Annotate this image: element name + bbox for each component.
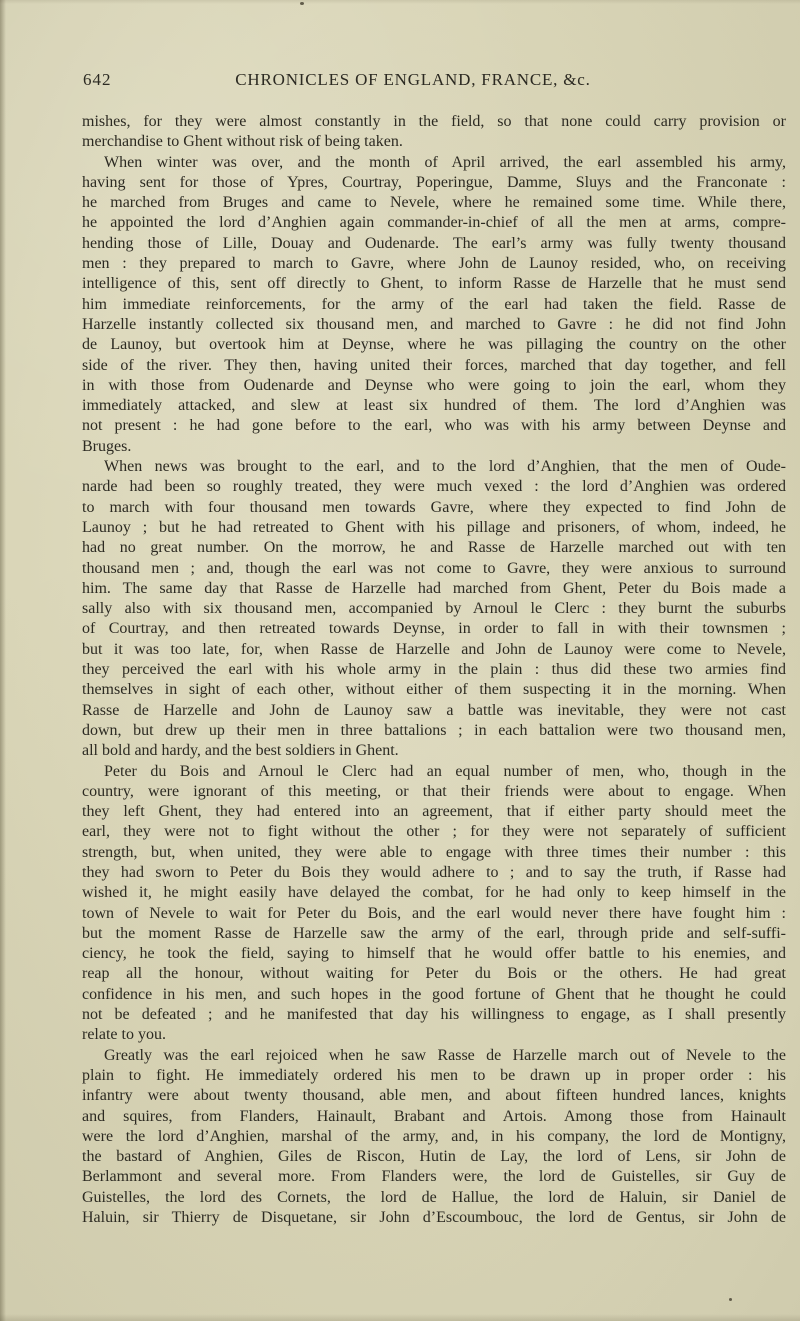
text-line: confidence in his men, and such hopes in… [82,985,786,1005]
text-line: not be defeated ; and he manifested that… [82,1005,786,1025]
text-line: the bastard of Anghien, Giles de Riscon,… [82,1147,786,1167]
text-line: immediately attacked, and slew at least … [82,396,786,416]
text-line: Berlammont and several more. From Flande… [82,1167,786,1187]
text-line: him. The same day that Rasse de Harzelle… [82,579,786,599]
text-line: Peter du Bois and Arnoul le Clerc had an… [82,762,786,782]
text-line: to march with four thousand men towards … [82,498,786,518]
text-line: Launoy ; but he had retreated to Ghent w… [82,518,786,538]
text-line: intelligence of this, sent off directly … [82,274,786,294]
paragraph: Greatly was the earl rejoiced when he sa… [82,1046,786,1229]
text-line: When news was brought to the earl, and t… [82,457,786,477]
text-line: Guistelles, the lord des Cornets, the lo… [82,1188,786,1208]
text-line: were the lord d’Anghien, marshal of the … [82,1127,786,1147]
text-line: narde had been so roughly treated, they … [82,477,786,497]
text-line: Bruges. [82,437,786,457]
text-line: de Launoy, but overtook him at Deynse, w… [82,335,786,355]
text-line: Haluin, sir Thierry de Disquetane, sir J… [82,1208,786,1228]
text-line: they had sworn to Peter du Bois they wou… [82,863,786,883]
book-page: 642 CHRONICLES OF ENGLAND, FRANCE, &c. m… [0,0,800,1321]
text-line: country, were ignorant of this meeting, … [82,782,786,802]
ink-speck [300,2,304,5]
text-line: reap all the honour, without waiting for… [82,964,786,984]
text-line: wished it, he might easily have delayed … [82,883,786,903]
text-line: in with those from Oudenarde and Deynse … [82,376,786,396]
text-line: themselves in sight of each other, witho… [82,680,786,700]
text-line: merchandise to Ghent without risk of bei… [82,132,786,152]
text-line: but it was too late, for, when Rasse de … [82,640,786,660]
page-edge-shadow [0,0,6,1321]
text-line: and squires, from Flanders, Hainault, Br… [82,1107,786,1127]
text-line: mishes, for they were almost constantly … [82,112,786,132]
page-edge-top [0,0,800,4]
text-line: of Courtray, and then retreated towards … [82,619,786,639]
paragraph: mishes, for they were almost constantly … [82,112,786,153]
text-line: Rasse de Harzelle and John de Launoy saw… [82,701,786,721]
text-line: they left Ghent, they had entered into a… [82,802,786,822]
text-line: plain to fight. He immediately ordered h… [82,1066,786,1086]
text-line: but the moment Rasse de Harzelle saw the… [82,924,786,944]
text-line: earl, they were not to fight without the… [82,822,786,842]
page-text: mishes, for they were almost constantly … [82,112,786,1228]
text-line: side of the river. They then, having uni… [82,356,786,376]
running-title: CHRONICLES OF ENGLAND, FRANCE, &c. [13,70,800,90]
text-line: having sent for those of Ypres, Courtray… [82,173,786,193]
text-line: hending those of Lille, Douay and Oudena… [82,234,786,254]
text-line: strength, but, when united, they were ab… [82,843,786,863]
text-line: infantry were about twenty thousand, abl… [82,1086,786,1106]
text-line: ciency, he took the field, saying to him… [82,944,786,964]
text-line: Harzelle instantly collected six thousan… [82,315,786,335]
text-line: When winter was over, and the month of A… [82,153,786,173]
paragraph: When winter was over, and the month of A… [82,153,786,457]
ink-speck [729,1298,732,1301]
text-line: sally also with six thousand men, accomp… [82,599,786,619]
text-line: thousand men ; and, though the earl was … [82,559,786,579]
text-line: they perceived the earl with his whole a… [82,660,786,680]
page-edge-bottom [0,1314,800,1321]
text-line: he appointed the lord d’Anghien again co… [82,213,786,233]
text-line: not present : he had gone before to the … [82,416,786,436]
text-line: him immediate reinforcements, for the ar… [82,295,786,315]
paragraph: When news was brought to the earl, and t… [82,457,786,761]
text-line: Greatly was the earl rejoiced when he sa… [82,1046,786,1066]
paragraph: Peter du Bois and Arnoul le Clerc had an… [82,762,786,1046]
text-line: town of Nevele to wait for Peter du Bois… [82,904,786,924]
text-line: he marched from Bruges and came to Nevel… [82,193,786,213]
page-header: 642 CHRONICLES OF ENGLAND, FRANCE, &c. [0,70,800,92]
text-line: relate to you. [82,1025,786,1045]
text-line: down, but drew up their men in three bat… [82,721,786,741]
text-line: all bold and hardy, and the best soldier… [82,741,786,761]
text-line: had no great number. On the morrow, he a… [82,538,786,558]
text-line: men : they prepared to march to Gavre, w… [82,254,786,274]
